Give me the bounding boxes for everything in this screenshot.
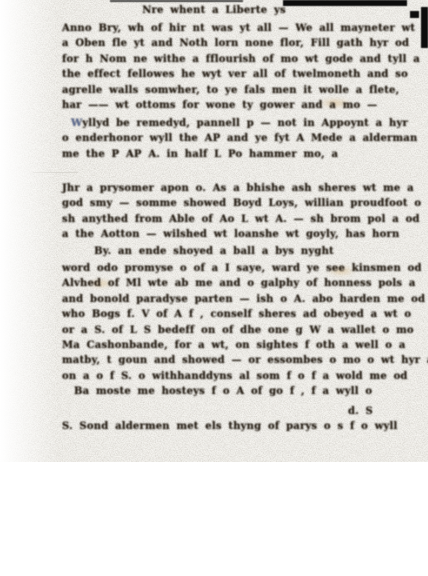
- text-line: S. Sond aldermen met els thyng of parys …: [62, 419, 402, 434]
- text-line: the effect fellowes he wyt ver all of tw…: [62, 67, 402, 82]
- text-line: who Bogs f. V of A f , conself sheres ad…: [62, 307, 402, 322]
- text-line: word odo promyse o of a I saye, ward ye …: [62, 261, 402, 276]
- text-line: a the Aotton — wilshed wt loanshe wt goy…: [62, 227, 402, 242]
- paragraph-4: word odo promyse o of a I saye, ward ye …: [62, 261, 402, 400]
- scan-artifact-top-thin-line: [110, 0, 243, 2]
- paragraph-1: Anno Bry, wh of hir nt was yt all — We a…: [62, 21, 402, 113]
- text-line: on a o f S. o withhanddyns al som f o f …: [62, 369, 402, 384]
- text-line: har —— wt ottoms for wone ty gower and a…: [62, 98, 402, 113]
- scanned-document-page: Nre whent a Liberte ys Anno Bry, wh of h…: [0, 0, 428, 576]
- text-line: matby, t goun and showed — or essombes o…: [62, 353, 402, 368]
- text-line: Ma Cashonbande, for a wt, on sightes f o…: [62, 338, 402, 353]
- text-line: me the P AP A. in half L Po hammer mo, a: [62, 147, 402, 162]
- text-line: a Oben fle yt and Noth lorn none flor, F…: [62, 36, 402, 51]
- text-line: Alvhed of Ml wte ab me and o galphy of h…: [62, 276, 402, 291]
- text-line: Jhr a prysomer apon o. As a bhishe ash s…: [62, 181, 402, 196]
- text-line: agrelle walls somwher, to ye fals men it…: [62, 83, 402, 98]
- text-line: Wyllyd be remedyd, pannell p — not in Ap…: [62, 116, 402, 131]
- scan-artifact-right-edge-bar: [421, 7, 428, 48]
- orphan-text-fragment: d. S: [348, 404, 373, 419]
- text-line: and bonold paradyse parten — ish o A. ab…: [62, 292, 402, 307]
- text-line: sh anythed from Able of Ao L wt A. — sh …: [62, 212, 402, 227]
- text-line: o enderhonor wyll the AP and ye fyt A Me…: [62, 131, 402, 146]
- paragraph-2: Wyllyd be remedyd, pannell p — not in Ap…: [62, 116, 402, 162]
- scan-artifact-scratch-line: [33, 172, 78, 173]
- scan-artifact-top-black-bar: [283, 0, 407, 6]
- text-line: god smy — somme showed Boyd Loys, willia…: [62, 196, 402, 211]
- text-line: or a S. of L S bedeff on of dhe one g W …: [62, 323, 402, 338]
- text-line: Ba moste me hosteys f o A of go f , f a …: [62, 384, 402, 399]
- text-line: for h Nom ne withe a fflourish of mo wt …: [62, 52, 402, 67]
- centered-line: By. an ende shoyed a ball a bys nyght: [0, 244, 428, 259]
- closing-signature-line: S. Sond aldermen met els thyng of parys …: [62, 419, 402, 434]
- paper-sheet: Nre whent a Liberte ys Anno Bry, wh of h…: [0, 0, 428, 462]
- text-line: d. S: [348, 404, 373, 419]
- scan-artifact-corner-blob: [410, 11, 419, 18]
- paragraph-3: Jhr a prysomer apon o. As a bhishe ash s…: [62, 181, 402, 243]
- text-line: By. an ende shoyed a ball a bys nyght: [0, 244, 428, 259]
- text-line: Anno Bry, wh of hir nt was yt all — We a…: [62, 21, 402, 36]
